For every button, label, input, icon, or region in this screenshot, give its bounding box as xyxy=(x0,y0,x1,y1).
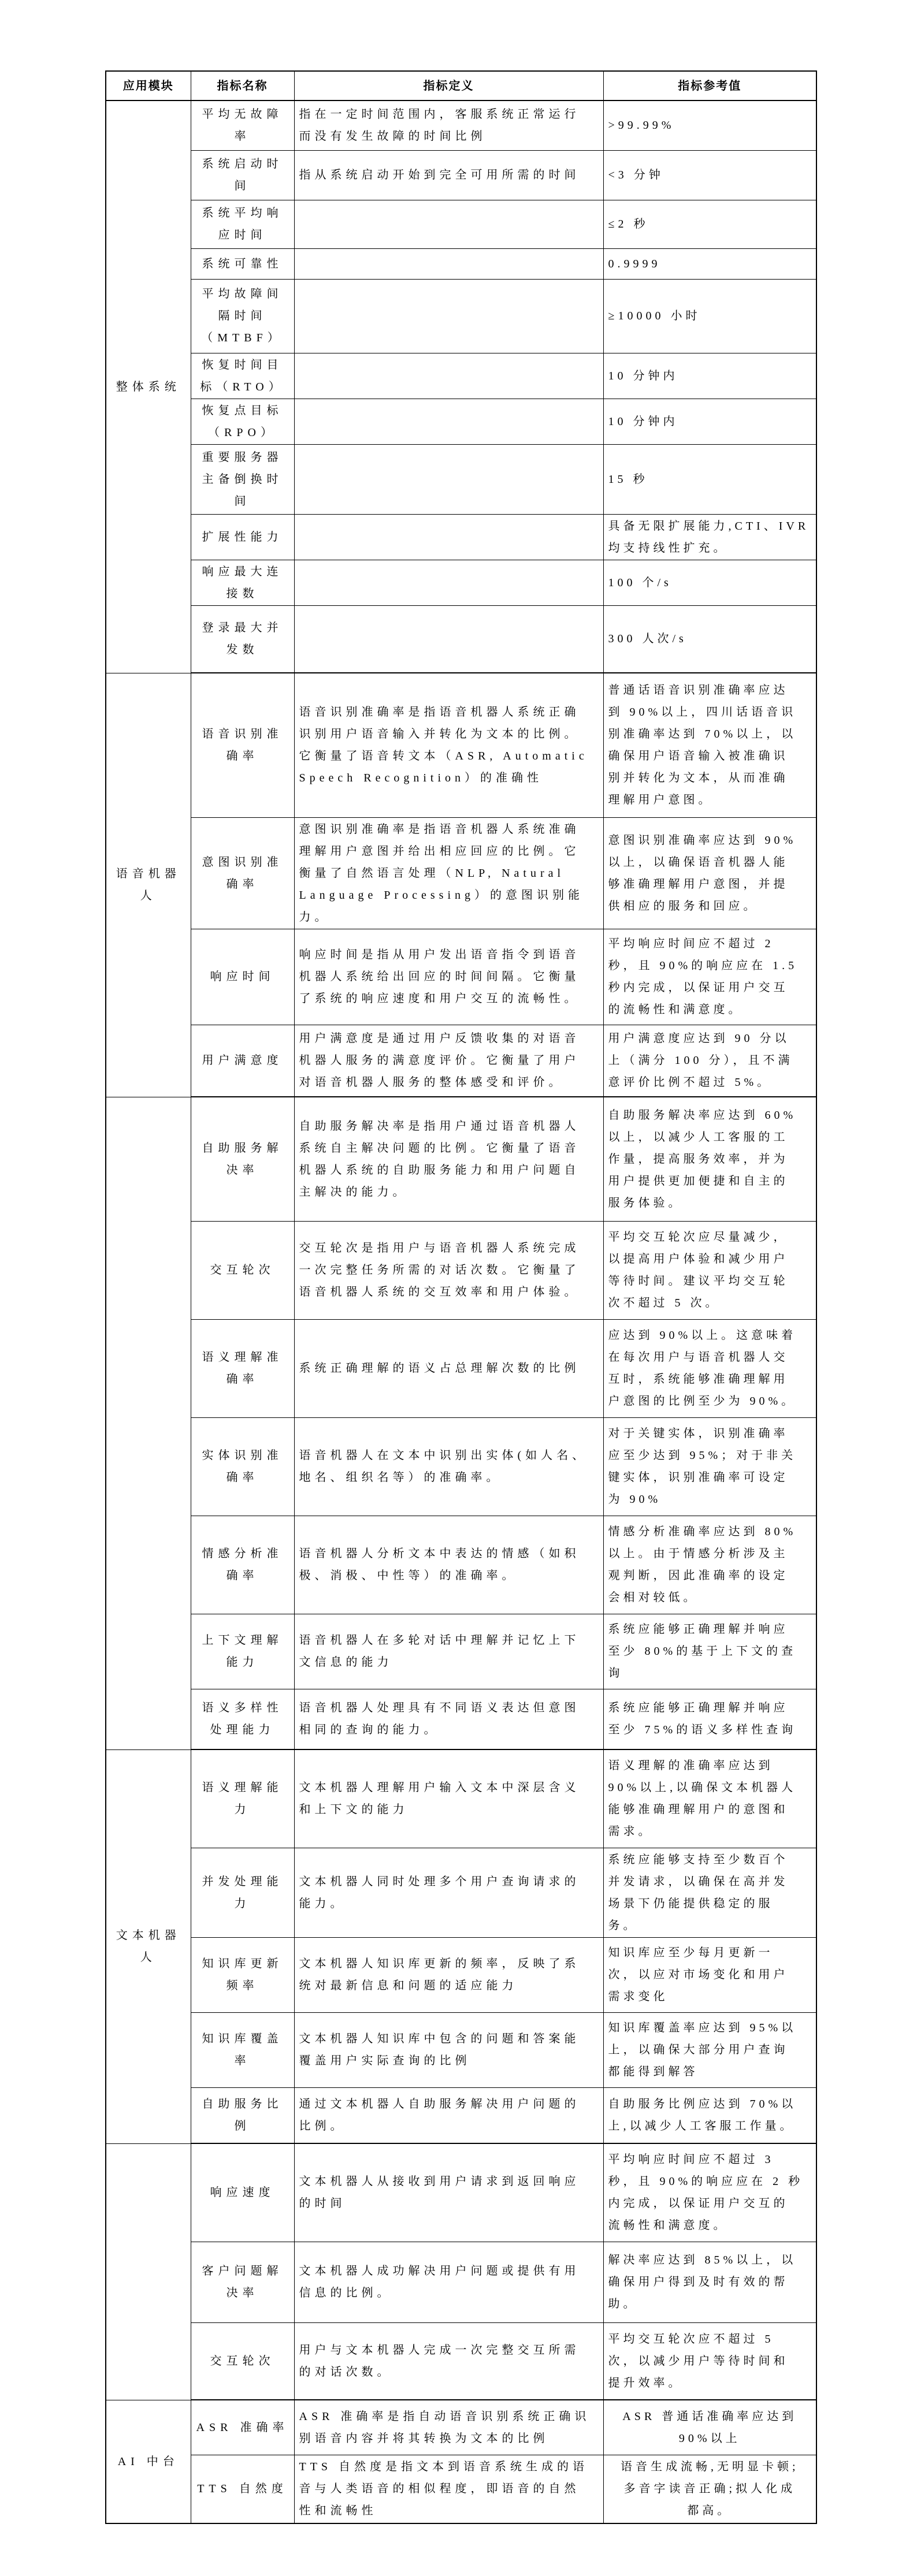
table-row: 知识库覆盖 率文本机器人知识库中包含的问题和答案能 覆盖用户实际查询的比例知识库… xyxy=(106,2012,816,2087)
metric-name-cell: 登录最大并 发数 xyxy=(191,605,294,673)
metric-definition-cell: 指从系统启动开始到完全可用所需的时间 xyxy=(294,150,603,200)
metric-definition-cell: 语音机器人在文本中识别出实体(如人名、 地名、组织名等）的准确率。 xyxy=(294,1417,603,1516)
col-header-module: 应用模块 xyxy=(106,71,191,100)
document-page: 应用模块 指标名称 指标定义 指标参考值 整体系统平均无故障 率指在一定时间范围… xyxy=(0,0,917,2576)
metric-value-cell: 情感分析准确率应达到 80% 以上。由于情感分析涉及主 观判断，因此准确率的设定… xyxy=(603,1516,816,1614)
metric-name-cell: 实体识别准 确率 xyxy=(191,1417,294,1516)
metric-definition-cell: 通过文本机器人自助服务解决用户问题的 比例。 xyxy=(294,2087,603,2143)
module-cell: 文本机器 人 xyxy=(106,1749,191,2143)
metric-definition-cell xyxy=(294,605,603,673)
table-row: 登录最大并 发数300 人次/s xyxy=(106,605,816,673)
module-cell: 整体系统 xyxy=(106,100,191,673)
metric-value-cell: 知识库应至少每月更新一 次，以应对市场变化和用户 需求变化 xyxy=(603,1937,816,2012)
metric-name-cell: 响应最大连 接数 xyxy=(191,560,294,605)
table-row: 交互轮次交互轮次是指用户与语音机器人系统完成 一次完整任务所需的对话次数。它衡量… xyxy=(106,1221,816,1319)
table-row: 语义多样性 处理能力语音机器人处理具有不同语义表达但意图 相同的查询的能力。系统… xyxy=(106,1689,816,1749)
metric-definition-cell: 语音识别准确率是指语音机器人系统正确 识别用户语音输入并转化为文本的比例。 它衡… xyxy=(294,673,603,817)
module-cell: 语音机器 人 xyxy=(106,673,191,1097)
metric-name-cell: 并发处理能 力 xyxy=(191,1848,294,1937)
metric-name-cell: ASR 准确率 xyxy=(191,2400,294,2455)
table-row: 系统启动时 间指从系统启动开始到完全可用所需的时间<3 分钟 xyxy=(106,150,816,200)
table-row: 语音机器 人语音识别准 确率语音识别准确率是指语音机器人系统正确 识别用户语音输… xyxy=(106,673,816,817)
table-row: 恢复点目标 （RPO）10 分钟内 xyxy=(106,399,816,444)
metric-name-cell: 语义理解能 力 xyxy=(191,1749,294,1848)
metric-name-cell: 响应时间 xyxy=(191,929,294,1025)
table-row: 实体识别准 确率语音机器人在文本中识别出实体(如人名、 地名、组织名等）的准确率… xyxy=(106,1417,816,1516)
metric-value-cell: 平均响应时间应不超过 2 秒，且 90%的响应应在 1.5 秒内完成，以保证用户… xyxy=(603,929,816,1025)
table-row: 文本机器 人语义理解能 力文本机器人理解用户输入文本中深层含义 和上下文的能力语… xyxy=(106,1749,816,1848)
metric-value-cell: ASR 普通话准确率应达到 90%以上 xyxy=(603,2400,816,2455)
metric-definition-cell xyxy=(294,200,603,248)
metric-value-cell: 应达到 90%以上。这意味着 在每次用户与语音机器人交 互时，系统能够准确理解用… xyxy=(603,1319,816,1417)
metric-definition-cell xyxy=(294,353,603,399)
metric-definition-cell: 用户与文本机器人完成一次完整交互所需 的对话次数。 xyxy=(294,2322,603,2400)
metric-value-cell: 平均交互轮次应尽量减少， 以提高用户体验和减少用户 等待时间。建议平均交互轮 次… xyxy=(603,1221,816,1319)
table-header-row: 应用模块 指标名称 指标定义 指标参考值 xyxy=(106,71,816,100)
metric-value-cell: 普通话语音识别准确率应达 到 90%以上，四川话语音识 别准确率达到 70%以上… xyxy=(603,673,816,817)
table-row: 客户问题解 决率文本机器人成功解决用户问题或提供有用 信息的比例。解决率应达到 … xyxy=(106,2242,816,2322)
table-row: 自助服务比 例通过文本机器人自助服务解决用户问题的 比例。自助服务比例应达到 7… xyxy=(106,2087,816,2143)
table-row: 响应时间响应时间是指从用户发出语音指令到语音 机器人系统给出回应的时间间隔。它衡… xyxy=(106,929,816,1025)
metric-definition-cell: 文本机器人同时处理多个用户查询请求的 能力。 xyxy=(294,1848,603,1937)
table-row: 交互轮次用户与文本机器人完成一次完整交互所需 的对话次数。平均交互轮次应不超过 … xyxy=(106,2322,816,2400)
table-row: 响应最大连 接数100 个/s xyxy=(106,560,816,605)
metric-name-cell: 语音识别准 确率 xyxy=(191,673,294,817)
metric-definition-cell: 自助服务解决率是指用户通过语音机器人 系统自主解决问题的比例。它衡量了语音 机器… xyxy=(294,1097,603,1221)
metric-value-cell: 自助服务解决率应达到 60% 以上，以减少人工客服的工 作量，提高服务效率，并为… xyxy=(603,1097,816,1221)
table-row: 整体系统平均无故障 率指在一定时间范围内，客服系统正常运行 而没有发生故障的时间… xyxy=(106,100,816,150)
metric-value-cell: 平均交互轮次应不超过 5 次，以减少用户等待时间和 提升效率。 xyxy=(603,2322,816,2400)
module-cell xyxy=(106,1097,191,1749)
table-row: 系统平均响 应时间≤2 秒 xyxy=(106,200,816,248)
metric-name-cell: 自助服务比 例 xyxy=(191,2087,294,2143)
metric-value-cell: >99.99% xyxy=(603,100,816,150)
table-row: 用户满意度用户满意度是通过用户反馈收集的对语音 机器人服务的满意度评价。它衡量了… xyxy=(106,1025,816,1097)
metric-name-cell: 恢复点目标 （RPO） xyxy=(191,399,294,444)
table-row: 语义理解准 确率系统正确理解的语义占总理解次数的比例应达到 90%以上。这意味着… xyxy=(106,1319,816,1417)
metric-definition-cell: 意图识别准确率是指语音机器人系统准确 理解用户意图并给出相应回应的比例。它 衡量… xyxy=(294,817,603,929)
metric-value-cell: 0.9999 xyxy=(603,248,816,279)
metric-value-cell: 15 秒 xyxy=(603,444,816,514)
metric-name-cell: 意图识别准 确率 xyxy=(191,817,294,929)
metric-value-cell: 语义理解的准确率应达到 90%以上,以确保文本机器人 能够准确理解用户的意图和 … xyxy=(603,1749,816,1848)
metric-definition-cell: ASR 准确率是指自动语音识别系统正确识 别语音内容并将其转换为文本的比例 xyxy=(294,2400,603,2455)
metric-value-cell: 意图识别准确率应达到 90% 以上，以确保语音机器人能 够准确理解用户意图，并提… xyxy=(603,817,816,929)
metric-definition-cell: 文本机器人从接收到用户请求到返回响应 的时间 xyxy=(294,2143,603,2242)
table-row: 恢复时间目 标（RTO）10 分钟内 xyxy=(106,353,816,399)
metric-definition-cell: 响应时间是指从用户发出语音指令到语音 机器人系统给出回应的时间间隔。它衡量 了系… xyxy=(294,929,603,1025)
metric-definition-cell: TTS 自然度是指文本到语音系统生成的语 音与人类语音的相似程度，即语音的自然 … xyxy=(294,2455,603,2523)
metric-name-cell: 扩展性能力 xyxy=(191,514,294,560)
metric-name-cell: 系统平均响 应时间 xyxy=(191,200,294,248)
metric-name-cell: 响应速度 xyxy=(191,2143,294,2242)
metric-value-cell: 知识库覆盖率应达到 95%以 上，以确保大部分用户查询 都能得到解答 xyxy=(603,2012,816,2087)
metric-name-cell: 上下文理解 能力 xyxy=(191,1614,294,1689)
table-row: 自助服务解 决率自助服务解决率是指用户通过语音机器人 系统自主解决问题的比例。它… xyxy=(106,1097,816,1221)
metric-definition-cell: 系统正确理解的语义占总理解次数的比例 xyxy=(294,1319,603,1417)
table-row: 平均故障间 隔时间 （MTBF）≥10000 小时 xyxy=(106,279,816,353)
table-row: 知识库更新 频率文本机器人知识库更新的频率，反映了系 统对最新信息和问题的适应能… xyxy=(106,1937,816,2012)
metric-name-cell: 用户满意度 xyxy=(191,1025,294,1097)
metric-definition-cell: 文本机器人理解用户输入文本中深层含义 和上下文的能力 xyxy=(294,1749,603,1848)
metric-definition-cell: 文本机器人知识库更新的频率，反映了系 统对最新信息和问题的适应能力 xyxy=(294,1937,603,2012)
table-row: 响应速度文本机器人从接收到用户请求到返回响应 的时间平均响应时间应不超过 3 秒… xyxy=(106,2143,816,2242)
metric-value-cell: ≥10000 小时 xyxy=(603,279,816,353)
metric-definition-cell xyxy=(294,444,603,514)
metric-name-cell: 交互轮次 xyxy=(191,1221,294,1319)
metric-name-cell: 知识库覆盖 率 xyxy=(191,2012,294,2087)
metric-definition-cell xyxy=(294,248,603,279)
metric-definition-cell: 语音机器人处理具有不同语义表达但意图 相同的查询的能力。 xyxy=(294,1689,603,1749)
metric-value-cell: 对于关键实体，识别准确率 应至少达到 95%；对于非关 键实体，识别准确率可设定… xyxy=(603,1417,816,1516)
metric-value-cell: 300 人次/s xyxy=(603,605,816,673)
metric-name-cell: 知识库更新 频率 xyxy=(191,1937,294,2012)
metric-value-cell: 平均响应时间应不超过 3 秒，且 90%的响应应在 2 秒 内完成，以保证用户交… xyxy=(603,2143,816,2242)
metric-name-cell: 客户问题解 决率 xyxy=(191,2242,294,2322)
metric-value-cell: 100 个/s xyxy=(603,560,816,605)
metric-value-cell: 语音生成流畅,无明显卡顿; 多音字读音正确;拟人化成 都高。 xyxy=(603,2455,816,2523)
metric-definition-cell: 指在一定时间范围内，客服系统正常运行 而没有发生故障的时间比例 xyxy=(294,100,603,150)
metric-definition-cell: 文本机器人知识库中包含的问题和答案能 覆盖用户实际查询的比例 xyxy=(294,2012,603,2087)
metric-definition-cell xyxy=(294,279,603,353)
table-row: 意图识别准 确率意图识别准确率是指语音机器人系统准确 理解用户意图并给出相应回应… xyxy=(106,817,816,929)
metric-name-cell: 自助服务解 决率 xyxy=(191,1097,294,1221)
table-row: TTS 自然度TTS 自然度是指文本到语音系统生成的语 音与人类语音的相似程度，… xyxy=(106,2455,816,2523)
metric-value-cell: 用户满意度应达到 90 分以 上（满分 100 分），且不满 意评价比例不超过 … xyxy=(603,1025,816,1097)
metric-value-cell: 系统应能够支持至少数百个 并发请求，以确保在高并发 场景下仍能提供稳定的服 务。 xyxy=(603,1848,816,1937)
col-header-metric-value: 指标参考值 xyxy=(603,71,816,100)
metric-name-cell: TTS 自然度 xyxy=(191,2455,294,2523)
metric-value-cell: 自助服务比例应达到 70%以 上,以减少人工客服工作量。 xyxy=(603,2087,816,2143)
metric-name-cell: 语义多样性 处理能力 xyxy=(191,1689,294,1749)
metric-definition-cell xyxy=(294,399,603,444)
metric-value-cell: 10 分钟内 xyxy=(603,353,816,399)
metric-value-cell: ≤2 秒 xyxy=(603,200,816,248)
metric-value-cell: 系统应能够正确理解并响应 至少 80%的基于上下文的查 询 xyxy=(603,1614,816,1689)
col-header-metric-name: 指标名称 xyxy=(191,71,294,100)
table-row: 系统可靠性0.9999 xyxy=(106,248,816,279)
module-cell: AI 中台 xyxy=(106,2400,191,2523)
table-row: 上下文理解 能力语音机器人在多轮对话中理解并记忆上下 文信息的能力系统应能够正确… xyxy=(106,1614,816,1689)
metric-definition-cell xyxy=(294,560,603,605)
metric-value-cell: 10 分钟内 xyxy=(603,399,816,444)
metric-name-cell: 平均无故障 率 xyxy=(191,100,294,150)
metric-name-cell: 交互轮次 xyxy=(191,2322,294,2400)
metric-definition-cell: 交互轮次是指用户与语音机器人系统完成 一次完整任务所需的对话次数。它衡量了 语音… xyxy=(294,1221,603,1319)
table-row: 并发处理能 力文本机器人同时处理多个用户查询请求的 能力。系统应能够支持至少数百… xyxy=(106,1848,816,1937)
metric-name-cell: 语义理解准 确率 xyxy=(191,1319,294,1417)
table-row: 情感分析准 确率语音机器人分析文本中表达的情感（如积 极、消极、中性等）的准确率… xyxy=(106,1516,816,1614)
metric-name-cell: 系统启动时 间 xyxy=(191,150,294,200)
metric-name-cell: 情感分析准 确率 xyxy=(191,1516,294,1614)
metric-value-cell: 解决率应达到 85%以上，以 确保用户得到及时有效的帮 助。 xyxy=(603,2242,816,2322)
metric-definition-cell xyxy=(294,514,603,560)
table-row: AI 中台ASR 准确率ASR 准确率是指自动语音识别系统正确识 别语音内容并将… xyxy=(106,2400,816,2455)
module-cell xyxy=(106,2143,191,2400)
metric-definition-cell: 用户满意度是通过用户反馈收集的对语音 机器人服务的满意度评价。它衡量了用户 对语… xyxy=(294,1025,603,1097)
metric-definition-cell: 文本机器人成功解决用户问题或提供有用 信息的比例。 xyxy=(294,2242,603,2322)
metric-value-cell: 系统应能够正确理解并响应 至少 75%的语义多样性查询 xyxy=(603,1689,816,1749)
table-row: 扩展性能力具备无限扩展能力,CTI、IVR 均支持线性扩充。 xyxy=(106,514,816,560)
metric-name-cell: 恢复时间目 标（RTO） xyxy=(191,353,294,399)
metric-definition-cell: 语音机器人分析文本中表达的情感（如积 极、消极、中性等）的准确率。 xyxy=(294,1516,603,1614)
col-header-metric-definition: 指标定义 xyxy=(294,71,603,100)
metric-value-cell: 具备无限扩展能力,CTI、IVR 均支持线性扩充。 xyxy=(603,514,816,560)
metric-name-cell: 重要服务器 主备倒换时 间 xyxy=(191,444,294,514)
metrics-table: 应用模块 指标名称 指标定义 指标参考值 整体系统平均无故障 率指在一定时间范围… xyxy=(105,70,817,2524)
table-row: 重要服务器 主备倒换时 间15 秒 xyxy=(106,444,816,514)
metric-name-cell: 平均故障间 隔时间 （MTBF） xyxy=(191,279,294,353)
metric-value-cell: <3 分钟 xyxy=(603,150,816,200)
metric-name-cell: 系统可靠性 xyxy=(191,248,294,279)
metric-definition-cell: 语音机器人在多轮对话中理解并记忆上下 文信息的能力 xyxy=(294,1614,603,1689)
